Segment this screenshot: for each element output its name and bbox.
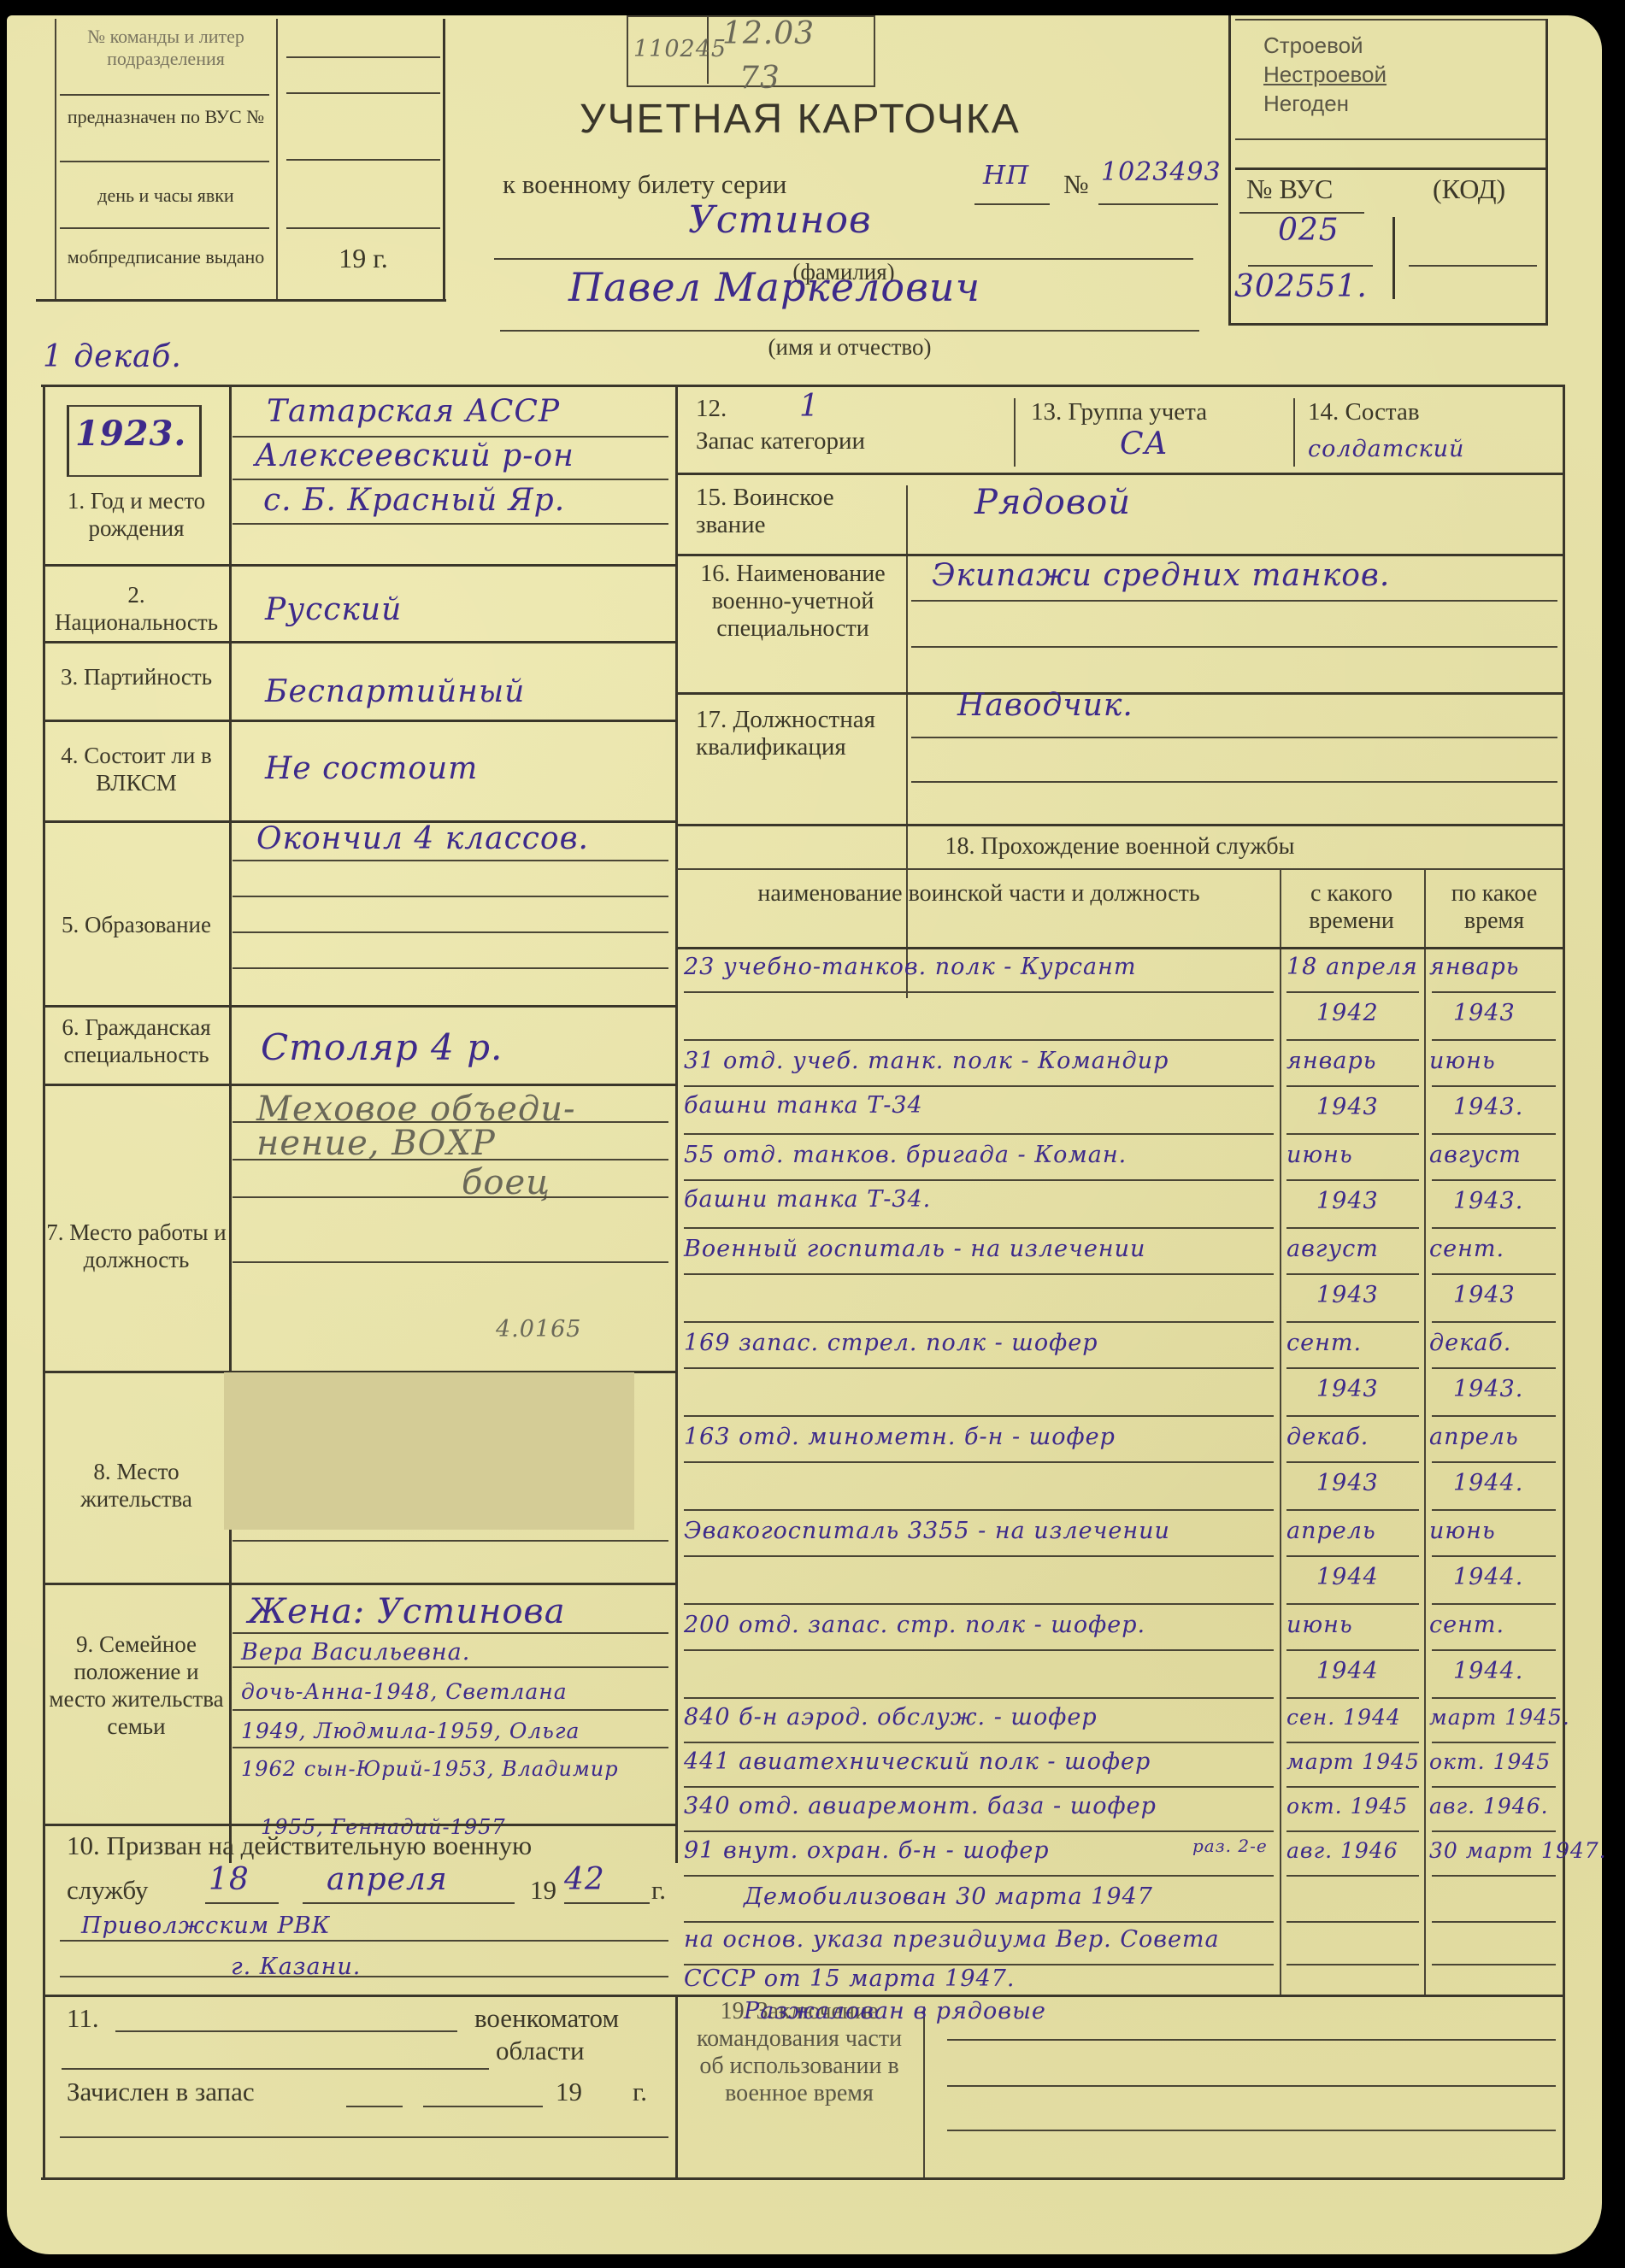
row-line: [1286, 1742, 1419, 1743]
row-line: [1286, 1227, 1419, 1229]
row-line: [1286, 1875, 1419, 1877]
workplace-line: нение, ВОХР: [256, 1126, 496, 1160]
service-title: 18. Прохождение военной службы: [677, 833, 1563, 861]
service-from-year: 1943: [1316, 1184, 1379, 1219]
service-from-year: 1944: [1316, 1560, 1379, 1595]
party-value: Беспартийный: [265, 675, 525, 709]
row-line: [1432, 1921, 1556, 1923]
row-line: [1286, 1273, 1419, 1275]
row-line: [1432, 1555, 1556, 1557]
row-line: [1286, 1697, 1419, 1699]
fitness-option-selected: Нестроевой: [1263, 62, 1387, 88]
service-to: июнь: [1429, 1044, 1496, 1078]
service-to: авг. 1946.: [1429, 1789, 1549, 1824]
service-unit-cont: башни танка Т-34: [684, 1089, 923, 1123]
workplace-label: 7. Место работы и должность: [44, 1219, 228, 1273]
civil-specialty-label: 6. Гражданская специальность: [44, 1014, 228, 1068]
reserve-oblast: области: [496, 2037, 585, 2065]
row-line: [1286, 1367, 1419, 1369]
service-to: апрель: [1429, 1420, 1519, 1454]
name-caption: (имя и отчество): [500, 333, 1199, 361]
service-to: январь: [1429, 950, 1519, 984]
category-label: Запас категории: [696, 427, 865, 455]
service-to: июнь: [1429, 1514, 1496, 1548]
row-line: [1286, 1085, 1419, 1087]
workplace-footer-note: 4.0165: [496, 1313, 581, 1347]
demobilization-note: Демобилизован 30 марта 1947: [744, 1880, 1153, 1914]
row-line: [1432, 1461, 1556, 1463]
rank-label: 15. Воинское звание: [696, 484, 901, 538]
category-number: 12.: [696, 395, 727, 422]
service-unit: Эвакогоспиталь 3355 - на излечении: [684, 1514, 1170, 1548]
service-from-year: 1943: [1316, 1466, 1379, 1501]
row-line: [1432, 991, 1556, 993]
row-line: [1432, 1786, 1556, 1788]
row-line: [684, 1603, 1274, 1605]
service-to-year: 1943: [1453, 1278, 1516, 1313]
vus-code: 302551.: [1234, 270, 1368, 304]
reserve-number: 11.: [67, 2005, 99, 2032]
family-line: 1962 сын-Юрий-1953, Владимир: [241, 1752, 619, 1786]
topleft-row-label: день и часы явки: [56, 185, 275, 207]
redacted-address: [224, 1372, 634, 1530]
row-line: [1432, 1830, 1556, 1832]
komsomol-value: Не состоит: [265, 752, 478, 786]
service-from: сент.: [1286, 1326, 1362, 1360]
row-line: [684, 1697, 1274, 1699]
birth-place-line: с. Б. Красный Яр.: [263, 484, 565, 518]
document-title: УЧЕТНАЯ КАРТОЧКА: [580, 96, 1021, 143]
service-unit-cont: башни танка Т-34.: [684, 1183, 931, 1217]
military-specialty-value: Экипажи средних танков.: [932, 559, 1390, 593]
number-sign: №: [1063, 171, 1089, 198]
birth-year: 1923.: [75, 417, 186, 451]
row-line: [1286, 1415, 1419, 1417]
service-unit: 91 внут. охран. б-н - шофер: [684, 1834, 1050, 1868]
row-line: [684, 1555, 1274, 1557]
row-line: [1286, 1509, 1419, 1511]
service-from-year: 1944: [1316, 1654, 1379, 1689]
row-line: [1286, 1179, 1419, 1181]
row-line: [1286, 1830, 1419, 1832]
row-line: [684, 1786, 1274, 1788]
service-from: август: [1286, 1232, 1379, 1266]
row-line: [1432, 1321, 1556, 1323]
row-line: [684, 1039, 1274, 1041]
service-unit: 441 авиатехнический полк - шофер: [684, 1745, 1151, 1779]
service-to-year: 1943.: [1453, 1090, 1523, 1125]
service-from: окт. 1945: [1286, 1789, 1408, 1824]
row-line: [684, 1273, 1274, 1275]
service-from: сен. 1944: [1286, 1701, 1401, 1735]
ticket-prefix: к военному билету серии: [503, 171, 786, 198]
row-line: [1432, 1697, 1556, 1699]
row-line: [1432, 1039, 1556, 1041]
code-label: (КОД): [1433, 175, 1505, 203]
service-unit: 23 учебно-танков. полк - Курсант: [684, 950, 1136, 984]
row-line: [1432, 1273, 1556, 1275]
row-line: [684, 1179, 1274, 1181]
row-line: [684, 1415, 1274, 1417]
name-patronymic: Павел Маркелович: [568, 270, 980, 304]
service-from-year: 1943: [1316, 1090, 1379, 1125]
row-line: [684, 1742, 1274, 1743]
row-line: [1432, 1367, 1556, 1369]
ticket-series: НП: [983, 159, 1029, 193]
service-unit: 55 отд. танков. бригада - Коман.: [684, 1138, 1127, 1172]
birth-place-line: Алексеевский р-он: [255, 439, 574, 473]
service-to-year: 1943: [1453, 996, 1516, 1031]
service-to-year: 1944.: [1453, 1466, 1523, 1501]
conscription-year: 42: [564, 1863, 605, 1897]
birth-place-line: Татарская АССР: [267, 395, 560, 429]
row-line: [1432, 1509, 1556, 1511]
service-to: сент.: [1429, 1232, 1504, 1266]
row-line: [1286, 1039, 1419, 1041]
staff-label: 14. Состав: [1308, 398, 1420, 426]
fitness-option: Строевой: [1263, 32, 1363, 59]
row-line: [1432, 1227, 1556, 1229]
row-line: [1286, 991, 1419, 993]
service-to-year: 1943.: [1453, 1184, 1523, 1219]
service-from: январь: [1286, 1044, 1376, 1078]
conclusion-value: Разжалован в рядовые: [744, 1995, 1046, 2029]
stamp-number: 110245: [633, 32, 727, 67]
row-line: [684, 991, 1274, 993]
komsomol-label: 4. Состоит ли в ВЛКСМ: [44, 742, 228, 796]
fitness-option: Негоден: [1263, 91, 1349, 117]
row-line: [684, 1830, 1274, 1832]
row-line: [1432, 1649, 1556, 1651]
service-from: март 1945: [1286, 1745, 1420, 1779]
group-label: 13. Группа учета: [1031, 398, 1207, 426]
education-label: 5. Образование: [44, 911, 228, 938]
row-line: [1286, 1649, 1419, 1651]
reserve-voenkomat: военкоматом: [474, 2005, 619, 2032]
residence-label: 8. Место жительства: [44, 1458, 228, 1513]
service-to: 30 март 1947.: [1429, 1834, 1607, 1868]
nationality-value: Русский: [265, 593, 402, 627]
demobilization-note: СССР от 15 марта 1947.: [684, 1962, 1015, 1996]
conscription-city: г. Казани.: [231, 1950, 361, 1984]
category-value: 1: [799, 390, 820, 424]
col-header-to: по какое время: [1426, 880, 1563, 935]
family-line: 1949, Людмила-1959, Ольга: [241, 1714, 580, 1748]
service-unit: 31 отд. учеб. танк. полк - Командир: [684, 1044, 1169, 1078]
conscription-year-prefix: 19: [530, 1877, 556, 1904]
surname: Устинов: [688, 203, 872, 238]
rank-value: Рядовой: [974, 485, 1131, 520]
civil-specialty-value: Столяр 4 р.: [261, 1031, 503, 1065]
education-value: Окончил 4 классов.: [256, 822, 589, 856]
conscription-month: апреля: [327, 1863, 448, 1897]
service-to: август: [1429, 1138, 1522, 1172]
ticket-number: 1023493: [1101, 156, 1222, 190]
row-line: [1286, 1786, 1419, 1788]
workplace-line: боец: [462, 1166, 550, 1200]
nationality-label: 2. Национальность: [44, 581, 228, 636]
row-line: [684, 1321, 1274, 1323]
reserve-enlisted-label: Зачислен в запас: [67, 2078, 255, 2106]
row-line: [1286, 1461, 1419, 1463]
service-to: сент.: [1429, 1608, 1504, 1642]
row-line: [1432, 1085, 1556, 1087]
service-unit: 163 отд. минометн. б-н - шофер: [684, 1420, 1116, 1454]
row-line: [684, 1085, 1274, 1087]
mob-order-year: 19 г.: [291, 244, 436, 272]
vus-label: № ВУС: [1246, 175, 1333, 203]
service-from-year: 1943: [1316, 1372, 1379, 1407]
row-line: [1432, 1742, 1556, 1743]
conscription-office: Приволжским РВК: [81, 1909, 331, 1943]
service-unit: 840 б-н аэрод. обслуж. - шофер: [684, 1701, 1098, 1735]
reserve-year-suffix: г.: [633, 2078, 647, 2106]
row-line: [1432, 1179, 1556, 1181]
group-value: СА: [1120, 427, 1169, 461]
row-line: [684, 1461, 1274, 1463]
stamp-date: 12.03: [722, 17, 815, 51]
military-specialty-label: 16. Наименование военно-учетной специаль…: [684, 561, 902, 643]
conscription-day: 18: [209, 1863, 250, 1897]
birth-label: 1. Год и место рождения: [44, 487, 228, 542]
row-line: [1286, 1603, 1419, 1605]
family-line: Вера Васильевна.: [241, 1636, 470, 1670]
qualification-value: Наводчик.: [957, 689, 1133, 723]
row-line: [1432, 1603, 1556, 1605]
service-to-year: 1944.: [1453, 1654, 1523, 1689]
row-line: [1286, 1964, 1419, 1965]
topleft-row-label: мобпредписание выдано: [56, 246, 275, 268]
family-line: Жена: Устинова: [248, 1595, 566, 1629]
margin-note: 1 декаб.: [43, 340, 182, 374]
topleft-row-label: № команды и литер подразделения: [56, 26, 275, 70]
row-line: [1432, 1133, 1556, 1135]
service-unit: 200 отд. запас. стр. полк - шофер.: [684, 1608, 1145, 1642]
vus-value: 025: [1278, 214, 1339, 248]
qualification-label: 17. Должностная квалификация: [696, 706, 905, 761]
row-line: [684, 1227, 1274, 1229]
row-line: [1432, 1964, 1556, 1965]
staff-value: солдатский: [1308, 432, 1464, 467]
archive-stamp: 110245 12.03 73: [627, 15, 875, 87]
family-label: 9. Семейное положение и место жительства…: [44, 1630, 228, 1740]
family-line: дочь-Анна-1948, Светлана: [241, 1675, 568, 1709]
row-line: [684, 1133, 1274, 1135]
row-line: [1286, 1921, 1419, 1923]
party-label: 3. Партийность: [44, 663, 228, 690]
conscription-label-2: службу: [67, 1877, 148, 1904]
row-line: [1432, 1415, 1556, 1417]
row-line: [1432, 1875, 1556, 1877]
reserve-year-prefix: 19: [556, 2078, 582, 2106]
row-line: [684, 1875, 1274, 1877]
service-to: март 1945.: [1429, 1701, 1570, 1735]
service-unit: Военный госпиталь - на излечении: [684, 1232, 1145, 1266]
service-unit: 169 запас. стрел. полк - шофер: [684, 1326, 1098, 1360]
row-line: [684, 1509, 1274, 1511]
service-to: окт. 1945: [1429, 1745, 1551, 1779]
service-from: апрель: [1286, 1514, 1376, 1548]
service-from: июнь: [1286, 1138, 1353, 1172]
row-line: [1286, 1133, 1419, 1135]
col-header-unit: наименование воинской части и должность: [680, 880, 1278, 908]
stamp-extra: 73: [739, 62, 780, 96]
row-line: [1286, 1321, 1419, 1323]
service-from-year: 1943: [1316, 1278, 1379, 1313]
service-to-year: 1943.: [1453, 1372, 1523, 1407]
col-header-from: с какого времени: [1282, 880, 1421, 935]
service-unit: 340 отд. авиаремонт. база - шофер: [684, 1789, 1157, 1824]
topleft-row-label: предназначен по ВУС №: [56, 106, 275, 128]
service-from-year: 1942: [1316, 996, 1379, 1031]
service-from: авг. 1946: [1286, 1834, 1398, 1868]
demobilization-note: на основ. указа президиума Вер. Совета: [684, 1923, 1220, 1957]
row-line: [684, 1367, 1274, 1369]
row-line: [1286, 1555, 1419, 1557]
service-from: 18 апреля: [1286, 950, 1418, 984]
service-from: декаб.: [1286, 1420, 1369, 1454]
service-to-year: 1944.: [1453, 1560, 1523, 1595]
row-line: [684, 1649, 1274, 1651]
service-to: декаб.: [1429, 1326, 1511, 1360]
conscription-label: 10. Призван на действительную военную: [67, 1832, 532, 1860]
conscription-year-suffix: г.: [651, 1877, 666, 1904]
service-unit-note: раз. 2-е: [1192, 1829, 1268, 1863]
service-from: июнь: [1286, 1608, 1353, 1642]
